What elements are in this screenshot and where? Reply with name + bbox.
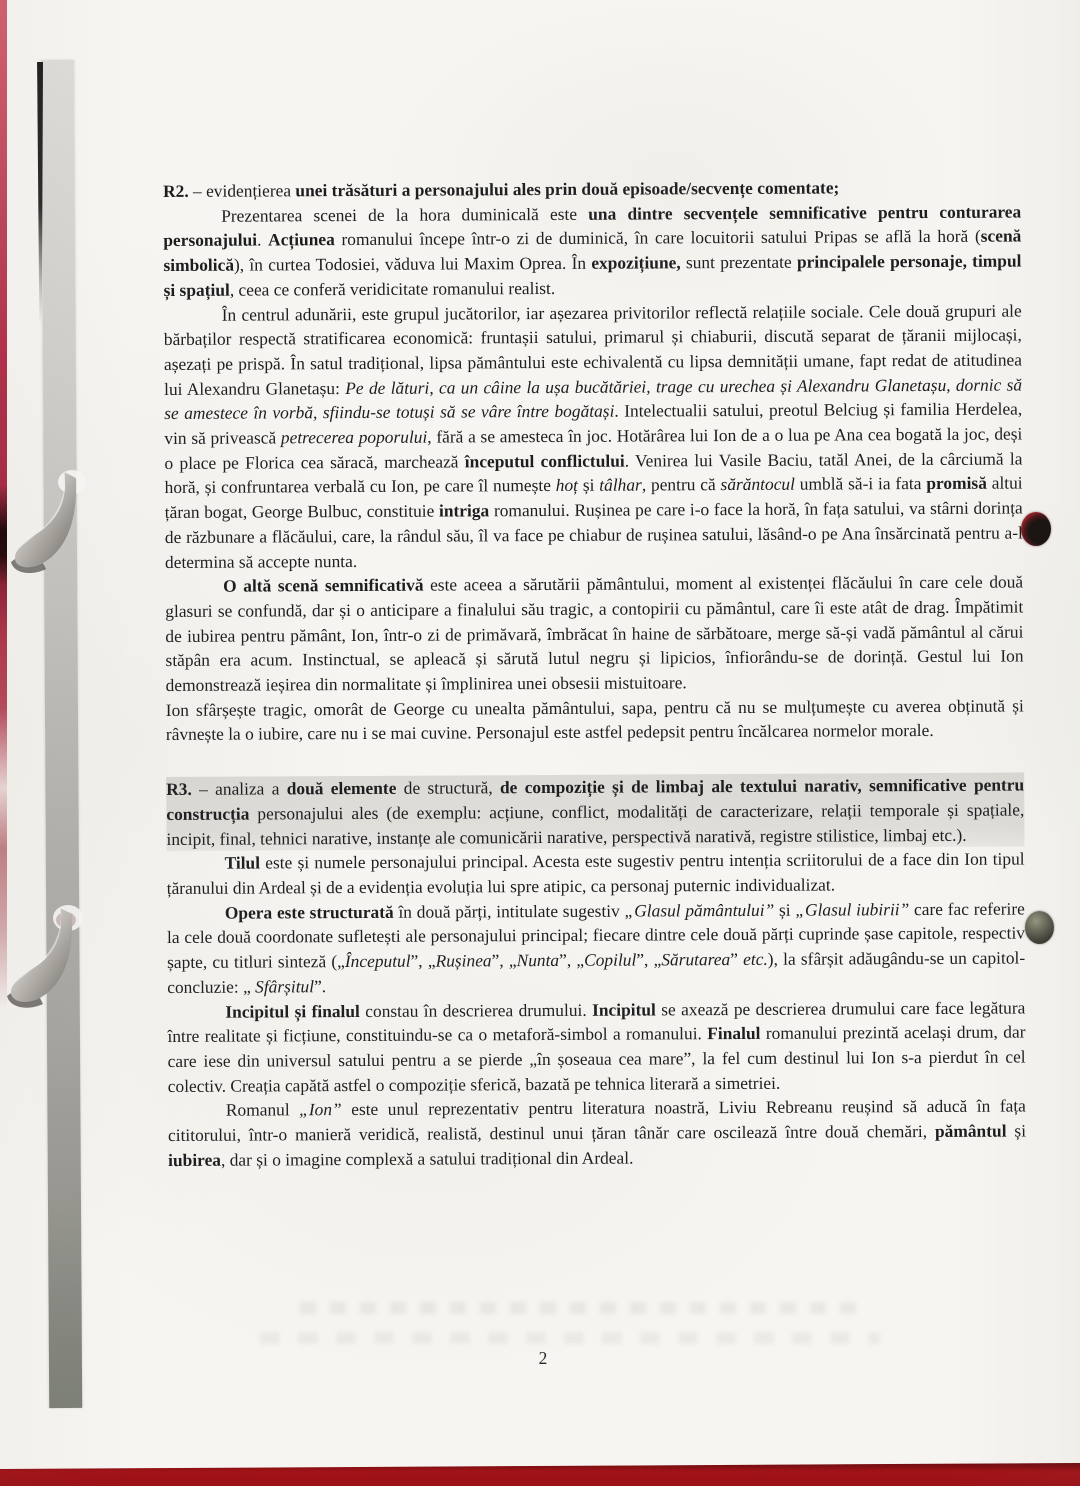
paragraph: Opera este structurată în două părți, in… [167,896,1026,999]
grommet-dot-bottom [1025,911,1054,944]
paragraph: Romanul „Ion” este unul reprezentativ pe… [168,1094,1026,1173]
page-number: 2 [163,1348,923,1369]
bleed-through-marks [260,1332,880,1344]
paragraph: Incipitul și finalul constau în descrier… [167,995,1026,1098]
paragraph: Prezentarea scenei de la hora duminicală… [163,199,1022,302]
red-folder-edge-bottom [0,1460,1080,1486]
r3-heading-paragraph: R3. – analiza a două elemente de structu… [166,773,1024,852]
metal-prong-fastener-icon [0,902,92,1014]
grommet-dot-top [1021,512,1051,546]
metal-prong-fastener-icon [2,468,94,580]
scanned-page: R2. – evidențierea unei trăsături a pers… [0,0,1080,1486]
paragraph: În centrul adunării, este grupul jucător… [164,298,1023,574]
paragraph: Tilul este și numele personajului princi… [167,847,1025,901]
document-body: R2. – evidențierea unei trăsături a pers… [163,175,1026,1173]
paragraph: O altă scenă semnificativă este aceea a … [165,570,1024,698]
binder-spine-strip [41,60,82,1408]
bleed-through-marks [300,1302,860,1314]
paragraph: Ion sfârșește tragic, omorât de George c… [166,693,1024,747]
